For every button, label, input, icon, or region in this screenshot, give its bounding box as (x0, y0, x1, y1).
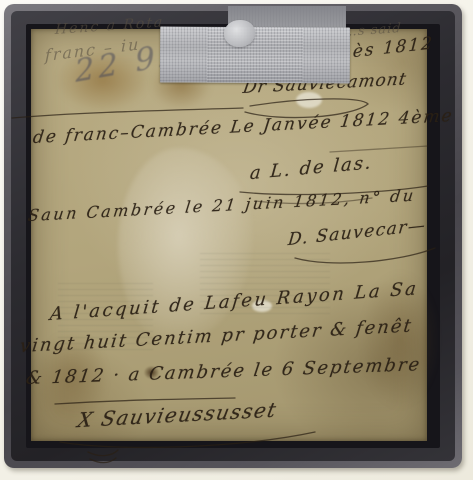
photo-of-framed-document: Henc a Rota franc – iu 22 92 …s said …ès… (0, 0, 473, 480)
adhesive-blob (224, 20, 255, 47)
silver-tape-strip (160, 27, 350, 84)
